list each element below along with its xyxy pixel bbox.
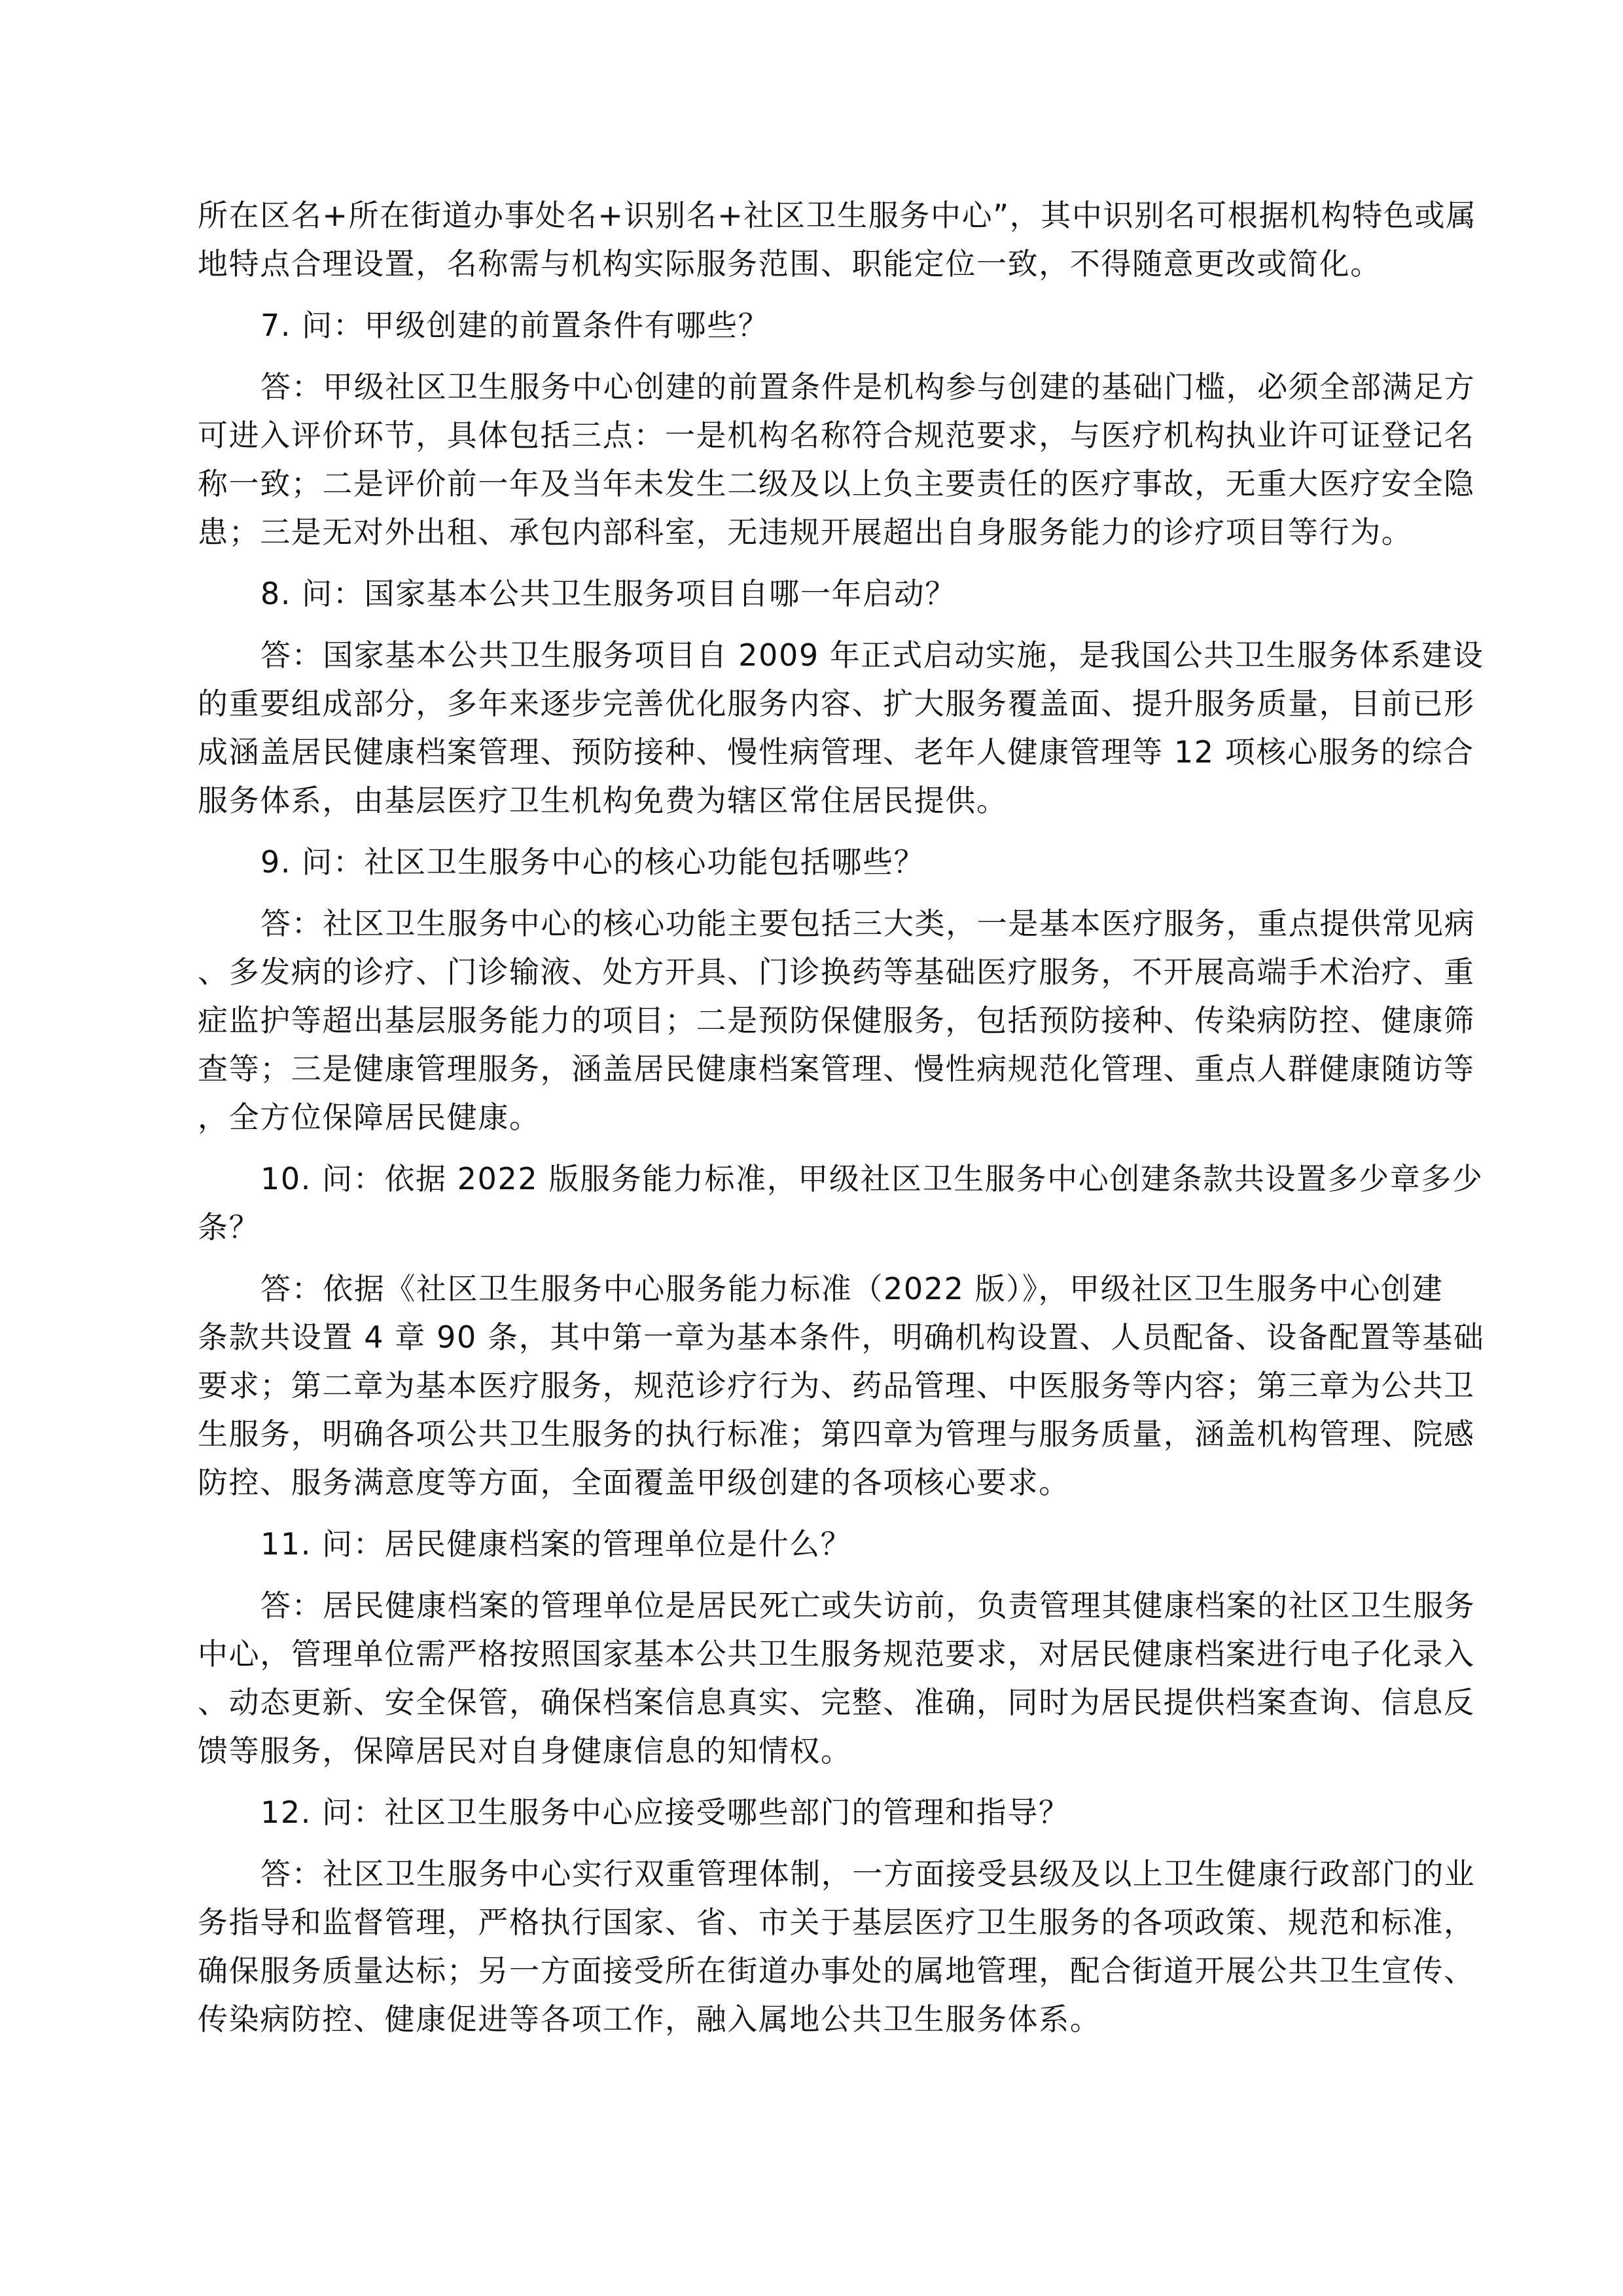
- answer-line: ，全方位保障居民健康。: [198, 1093, 1435, 1141]
- question-line: 条？: [198, 1203, 1435, 1251]
- answer-line: 、动态更新、安全保管，确保档案信息真实、完整、准确，同时为居民提供档案查询、信息…: [198, 1678, 1435, 1727]
- answer-line: 务指导和监督管理，严格执行国家、省、市关于基层医疗卫生服务的各项政策、规范和标准…: [198, 1898, 1435, 1946]
- answer-10: 答：依据《社区卫生服务中心服务能力标准（2022 版）》，甲级社区卫生服务中心创…: [198, 1265, 1435, 1507]
- answer-line: 防控、服务满意度等方面，全面覆盖甲级创建的各项核心要求。: [198, 1458, 1435, 1507]
- answer-9: 答：社区卫生服务中心的核心功能主要包括三大类，一是基本医疗服务，重点提供常见病 …: [198, 899, 1435, 1141]
- answer-line: 、多发病的诊疗、门诊输液、处方开具、门诊换药等基础医疗服务，不开展高端手术治疗、…: [198, 948, 1435, 996]
- text-line: 地特点合理设置，名称需与机构实际服务范围、职能定位一致，不得随意更改或简化。: [198, 240, 1435, 288]
- answer-line: 查等；三是健康管理服务，涵盖居民健康档案管理、慢性病规范化管理、重点人群健康随访…: [198, 1045, 1435, 1093]
- answer-line: 称一致；二是评价前一年及当年未发生二级及以上负主要责任的医疗事故，无重大医疗安全…: [198, 459, 1435, 508]
- answer-line: 答：社区卫生服务中心实行双重管理体制，一方面接受县级及以上卫生健康行政部门的业: [198, 1850, 1435, 1898]
- answer-line: 确保服务质量达标；另一方面接受所在街道办事处的属地管理，配合街道开展公共卫生宣传…: [198, 1946, 1435, 1995]
- answer-line: 答：甲级社区卫生服务中心创建的前置条件是机构参与创建的基础门槛，必须全部满足方: [198, 363, 1435, 411]
- answer-line: 答：国家基本公共卫生服务项目自 2009 年正式启动实施，是我国公共卫生服务体系…: [198, 631, 1435, 679]
- question-9: 9. 问：社区卫生服务中心的核心功能包括哪些？: [198, 838, 1435, 886]
- question-line: 8. 问：国家基本公共卫生服务项目自哪一年启动？: [198, 569, 1435, 618]
- answer-line: 答：依据《社区卫生服务中心服务能力标准（2022 版）》，甲级社区卫生服务中心创…: [198, 1265, 1435, 1313]
- question-line: 7. 问：甲级创建的前置条件有哪些？: [198, 301, 1435, 350]
- answer-line: 生服务，明确各项公共卫生服务的执行标准；第四章为管理与服务质量，涵盖机构管理、院…: [198, 1410, 1435, 1458]
- answer-11: 答：居民健康档案的管理单位是居民死亡或失访前，负责管理其健康档案的社区卫生服务 …: [198, 1581, 1435, 1775]
- answer-line: 馈等服务，保障居民对自身健康信息的知情权。: [198, 1727, 1435, 1775]
- answer-line: 答：社区卫生服务中心的核心功能主要包括三大类，一是基本医疗服务，重点提供常见病: [198, 899, 1435, 948]
- answer-line: 传染病防控、健康促进等各项工作，融入属地公共卫生服务体系。: [198, 1995, 1435, 2043]
- question-line: 11. 问：居民健康档案的管理单位是什么？: [198, 1520, 1435, 1568]
- answer-line: 中心，管理单位需严格按照国家基本公共卫生服务规范要求，对居民健康档案进行电子化录…: [198, 1630, 1435, 1678]
- answer-line: 答：居民健康档案的管理单位是居民死亡或失访前，负责管理其健康档案的社区卫生服务: [198, 1581, 1435, 1630]
- answer-line: 症监护等超出基层服务能力的项目；二是预防保健服务，包括预防接种、传染病防控、健康…: [198, 996, 1435, 1045]
- question-7: 7. 问：甲级创建的前置条件有哪些？: [198, 301, 1435, 350]
- document-page: 所在区名+所在街道办事处名+识别名+社区卫生服务中心”，其中识别名可根据机构特色…: [198, 191, 1435, 2043]
- question-line: 9. 问：社区卫生服务中心的核心功能包括哪些？: [198, 838, 1435, 886]
- answer-line: 成涵盖居民健康档案管理、预防接种、慢性病管理、老年人健康管理等 12 项核心服务…: [198, 728, 1435, 776]
- answer-7: 答：甲级社区卫生服务中心创建的前置条件是机构参与创建的基础门槛，必须全部满足方 …: [198, 363, 1435, 556]
- answer-line: 服务体系，由基层医疗卫生机构免费为辖区常住居民提供。: [198, 776, 1435, 825]
- question-8: 8. 问：国家基本公共卫生服务项目自哪一年启动？: [198, 569, 1435, 618]
- answer-line: 条款共设置 4 章 90 条，其中第一章为基本条件，明确机构设置、人员配备、设备…: [198, 1313, 1435, 1361]
- answer-12: 答：社区卫生服务中心实行双重管理体制，一方面接受县级及以上卫生健康行政部门的业 …: [198, 1850, 1435, 2043]
- question-line: 12. 问：社区卫生服务中心应接受哪些部门的管理和指导？: [198, 1788, 1435, 1837]
- question-11: 11. 问：居民健康档案的管理单位是什么？: [198, 1520, 1435, 1568]
- answer-8: 答：国家基本公共卫生服务项目自 2009 年正式启动实施，是我国公共卫生服务体系…: [198, 631, 1435, 825]
- continuation-paragraph: 所在区名+所在街道办事处名+识别名+社区卫生服务中心”，其中识别名可根据机构特色…: [198, 191, 1435, 288]
- question-10: 10. 问：依据 2022 版服务能力标准，甲级社区卫生服务中心创建条款共设置多…: [198, 1155, 1435, 1251]
- question-line: 10. 问：依据 2022 版服务能力标准，甲级社区卫生服务中心创建条款共设置多…: [198, 1155, 1435, 1203]
- text-line: 所在区名+所在街道办事处名+识别名+社区卫生服务中心”，其中识别名可根据机构特色…: [198, 191, 1435, 240]
- answer-line: 可进入评价环节，具体包括三点：一是机构名称符合规范要求，与医疗机构执业许可证登记…: [198, 411, 1435, 459]
- question-12: 12. 问：社区卫生服务中心应接受哪些部门的管理和指导？: [198, 1788, 1435, 1837]
- answer-line: 的重要组成部分，多年来逐步完善优化服务内容、扩大服务覆盖面、提升服务质量，目前已…: [198, 679, 1435, 728]
- answer-line: 患；三是无对外出租、承包内部科室，无违规开展超出自身服务能力的诊疗项目等行为。: [198, 508, 1435, 556]
- answer-line: 要求；第二章为基本医疗服务，规范诊疗行为、药品管理、中医服务等内容；第三章为公共…: [198, 1361, 1435, 1410]
